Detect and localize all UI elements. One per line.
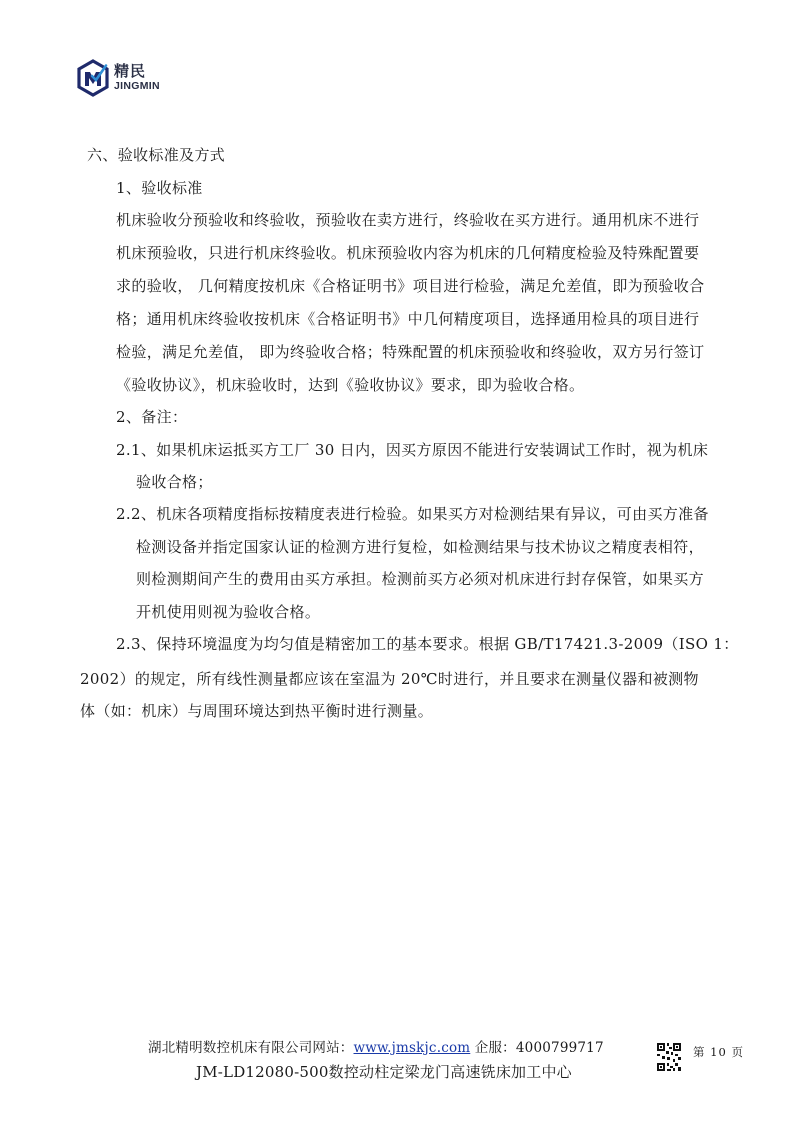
remark-item-2-1: 2.1、如果机床运抵买方工厂 30 日内，因买方原因不能进行安装调试工作时，视为… xyxy=(116,440,708,460)
logo-name-cn: 精民 xyxy=(114,64,160,79)
footer-company-line: 湖北精明数控机床有限公司网站：www.jmskjc.com 企服：4000799… xyxy=(148,1036,604,1056)
paragraph-line: 机床预验收，只进行机床终验收。机床预验收内容为机床的几何精度检验及特殊配置要 xyxy=(116,243,699,263)
paragraph-line: 机床验收分预验收和终验收，预验收在卖方进行，终验收在买方进行。通用机床不进行 xyxy=(116,210,699,230)
footer-service-hotline: 企服：4000799717 xyxy=(470,1040,603,1056)
website-link[interactable]: www.jmskjc.com xyxy=(354,1040,471,1056)
qr-code-icon xyxy=(656,1042,682,1072)
subsection-title-acceptance-standard: 1、验收标准 xyxy=(116,178,203,198)
remark-item-2-3: 2.3、保持环境温度为均匀值是精密加工的基本要求。根据 GB/T17421.3-… xyxy=(116,634,739,654)
remark-item-2-3-continued: 体（如：机床）与周围环境达到热平衡时进行测量。 xyxy=(80,701,433,721)
subsection-title-remarks: 2、备注： xyxy=(116,407,187,427)
paragraph-line: 《验收协议》，机床验收时，达到《验收协议》要求，即为验收合格。 xyxy=(116,375,584,395)
footer-product-name: JM-LD12080-500数控动柱定梁龙门高速铣床加工中心 xyxy=(196,1061,572,1082)
remark-item-2-2-continued: 开机使用则视为验收合格。 xyxy=(136,602,320,622)
page-number: 第 10 页 xyxy=(693,1044,744,1060)
remark-item-2-2: 2.2、机床各项精度指标按精度表进行检验。如果买方对检测结果有异议，可由买方准备 xyxy=(116,504,709,524)
company-logo: 精民 JINGMIN xyxy=(76,58,160,98)
remark-item-2-2-continued: 检测设备并指定国家认证的检测方进行复检，如检测结果与技术协议之精度表相符， xyxy=(136,537,704,557)
footer-company-name: 湖北精明数控机床有限公司网站： xyxy=(148,1040,354,1056)
jingmin-hexagon-logo-icon xyxy=(76,59,110,97)
paragraph-line: 求的验收， 几何精度按机床《合格证明书》项目进行检验，满足允差值，即为预验收合 xyxy=(116,276,704,296)
paragraph-line: 检验，满足允差值， 即为终验收合格；特殊配置的机床预验收和终验收，双方另行签订 xyxy=(116,342,704,362)
remark-item-2-3-continued: 2002）的规定，所有线性测量都应该在室温为 20℃时进行，并且要求在测量仪器和… xyxy=(80,669,699,689)
section-title: 六、验收标准及方式 xyxy=(87,145,225,165)
logo-name-en: JINGMIN xyxy=(114,81,160,92)
paragraph-line: 格；通用机床终验收按机床《合格证明书》中几何精度项目，选择通用检具的项目进行 xyxy=(116,309,699,329)
remark-item-2-1-continued: 验收合格； xyxy=(136,472,213,492)
remark-item-2-2-continued: 则检测期间产生的费用由买方承担。检测前买方必须对机床进行封存保管，如果买方 xyxy=(136,569,704,589)
